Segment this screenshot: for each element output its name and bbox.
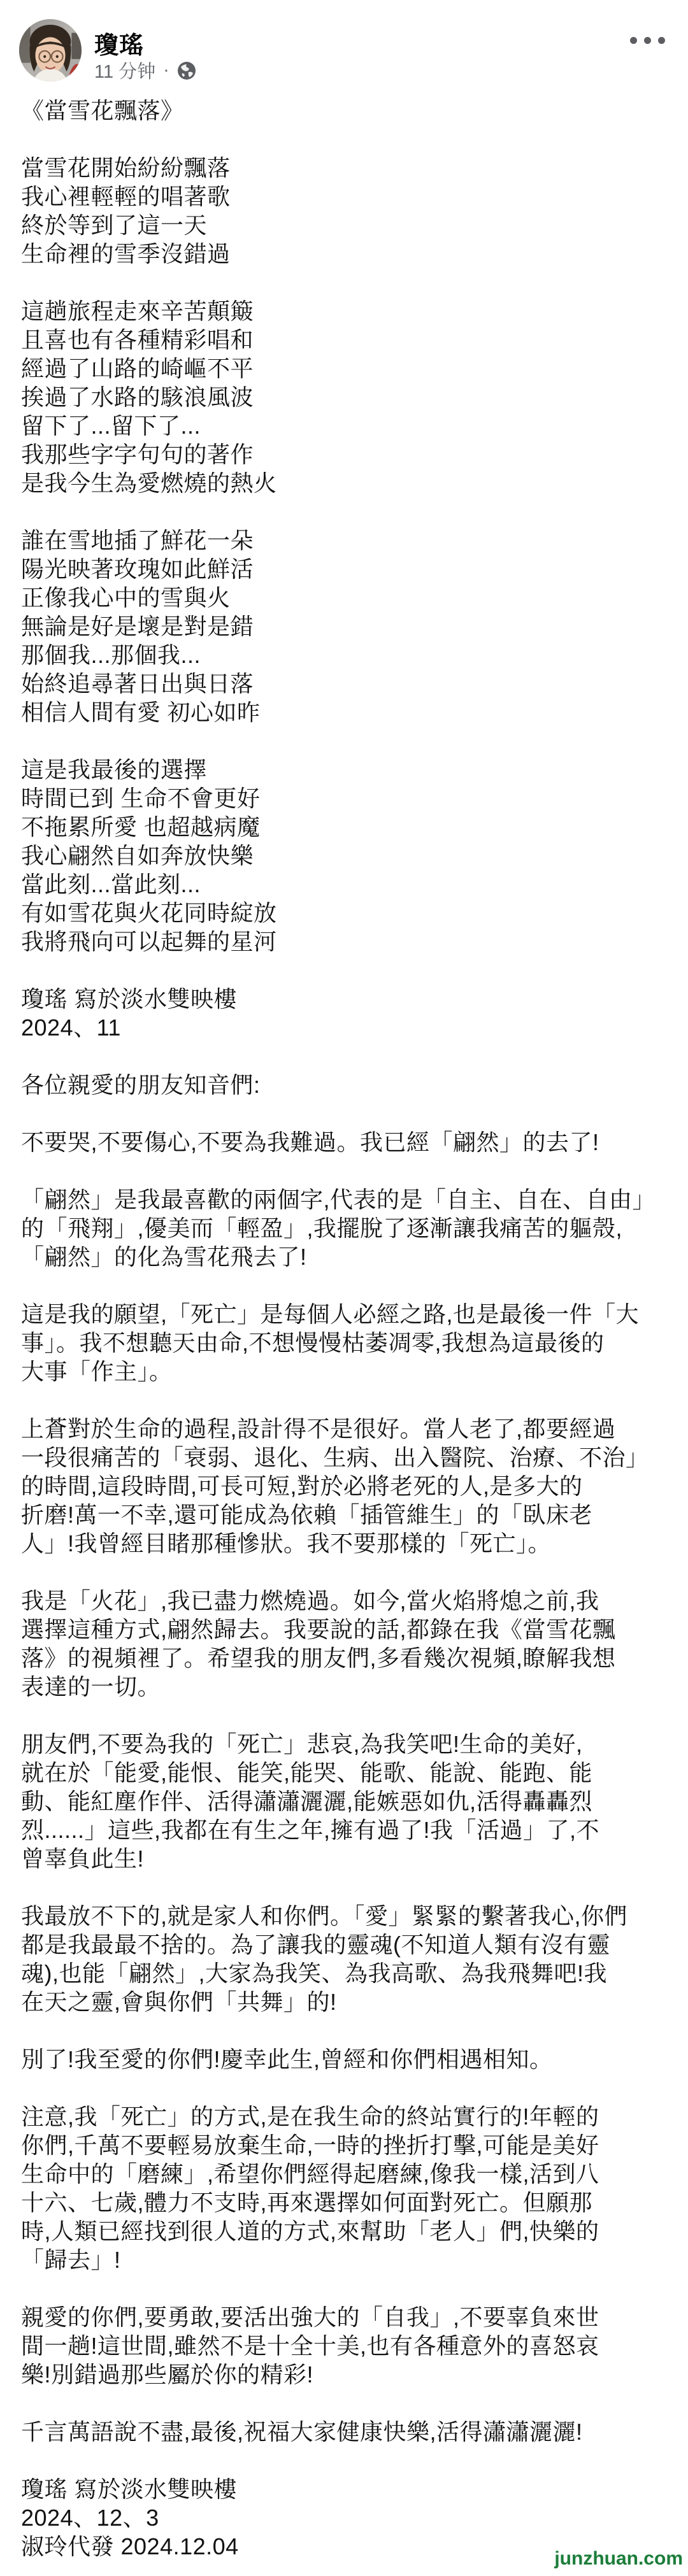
post-meta: 11 分钟 · [94,57,196,83]
author-name[interactable]: 瓊瑤 [94,25,144,60]
globe-icon [177,61,196,80]
avatar-photo [19,19,82,82]
avatar[interactable] [19,19,82,82]
ellipsis-icon [630,37,637,44]
ellipsis-icon [644,37,651,44]
meta-separator: · [163,60,169,81]
post-timestamp: 11 分钟 [94,57,155,83]
social-post-screenshot: 瓊瑤 11 分钟 · 《當雪花飄落》 當雪花開始紛紛飄落 我心裡輕輕的唱著歌 終… [0,0,688,2576]
ellipsis-icon [658,37,665,44]
watermark: junzhuan.com [554,2548,683,2570]
post-text: 《當雪花飄落》 當雪花開始紛紛飄落 我心裡輕輕的唱著歌 終於等到了這一天 生命裡… [21,96,668,2561]
more-options-button[interactable] [626,33,669,48]
